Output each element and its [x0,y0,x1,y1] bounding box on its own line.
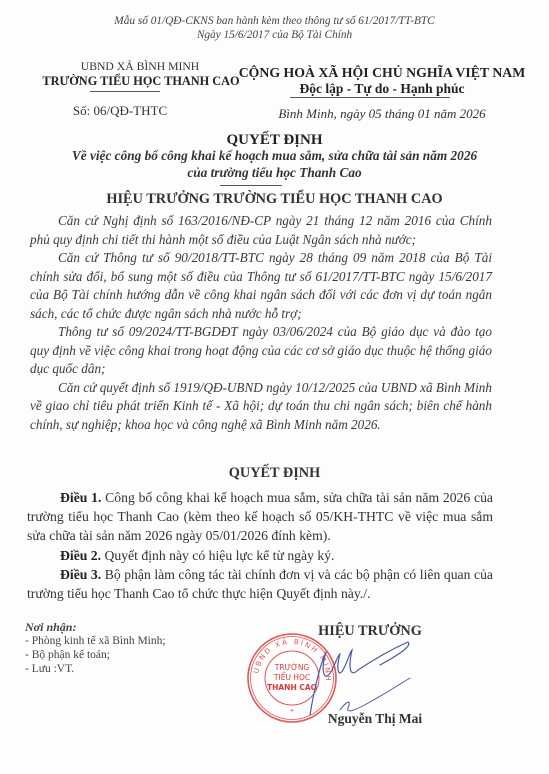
article-2: Điều 2. Quyết định này có hiệu lực kể từ… [27,546,493,565]
form-note: Mẫu số 01/QĐ-CKNS ban hành kèm theo thôn… [0,14,549,42]
svg-text:*: * [290,708,294,716]
article-label: Điều 2. [60,548,101,563]
issuing-authority: UBND XÃ BÌNH MINH [40,60,240,73]
document-page: Mẫu số 01/QĐ-CKNS ban hành kèm theo thôn… [0,0,549,774]
issuer-heading: HIỆU TRƯỞNG TRƯỜNG TIỂU HỌC THANH CAO [0,191,549,208]
document-number: Số: 06/QĐ-THTC [40,103,200,119]
national-title: CỘNG HOÀ XÃ HỘI CHỦ NGHĨA VIỆT NAM [232,65,532,81]
article-label: Điều 3. [60,567,101,582]
document-subject: Về việc công bố công khai kế hoạch mua s… [0,147,549,181]
national-motto: Độc lập - Tự do - Hạnh phúc [232,81,532,97]
divider [220,185,282,186]
legal-basis: Căn cứ Nghị định số 163/2016/NĐ-CP ngày … [30,212,492,249]
recipient-item: - Lưu :VT. [25,662,166,676]
article-1: Điều 1. Công bố công khai kế hoạch mua s… [27,488,493,546]
school-name: TRƯỜNG TIỂU HỌC THANH CAO [36,74,246,89]
subject-line-2: của trường tiểu học Thanh Cao [0,164,549,181]
form-note-line2: Ngày 15/6/2017 của Bộ Tài Chính [0,28,549,42]
articles: Điều 1. Công bố công khai kế hoạch mua s… [27,488,493,603]
recipient-item: - Phòng kinh tế xã Bình Minh; [25,634,166,648]
legal-basis: Căn cứ quyết định số 1919/QĐ-UBND ngày 1… [30,379,492,435]
recipient-item: - Bộ phận kế toán; [25,648,166,662]
recipients-label: Nơi nhận: [25,620,166,634]
divider [290,97,450,98]
legal-basis: Căn cứ Thông tư số 90/2018/TT-BTC ngày 2… [30,249,492,323]
legal-basis: Thông tư số 09/2024/TT-BGDĐT ngày 03/06/… [30,323,492,379]
form-note-line1: Mẫu số 01/QĐ-CKNS ban hành kèm theo thôn… [0,14,549,28]
article-label: Điều 1. [60,490,101,505]
subject-line-1: Về việc công bố công khai kế hoạch mua s… [0,147,549,164]
signer-name: Nguyễn Thị Mai [300,711,450,727]
decision-heading: QUYẾT ĐỊNH [0,465,549,482]
article-text: Quyết định này có hiệu lực kể từ ngày ký… [101,548,334,563]
article-3: Điều 3. Bộ phận làm công tác tài chính đ… [27,565,493,603]
divider [90,91,160,92]
recipients: Nơi nhận: - Phòng kinh tế xã Bình Minh; … [25,620,166,676]
place-date: Bình Minh, ngày 05 tháng 01 năm 2026 [232,106,532,122]
legal-bases: Căn cứ Nghị định số 163/2016/NĐ-CP ngày … [30,212,492,434]
